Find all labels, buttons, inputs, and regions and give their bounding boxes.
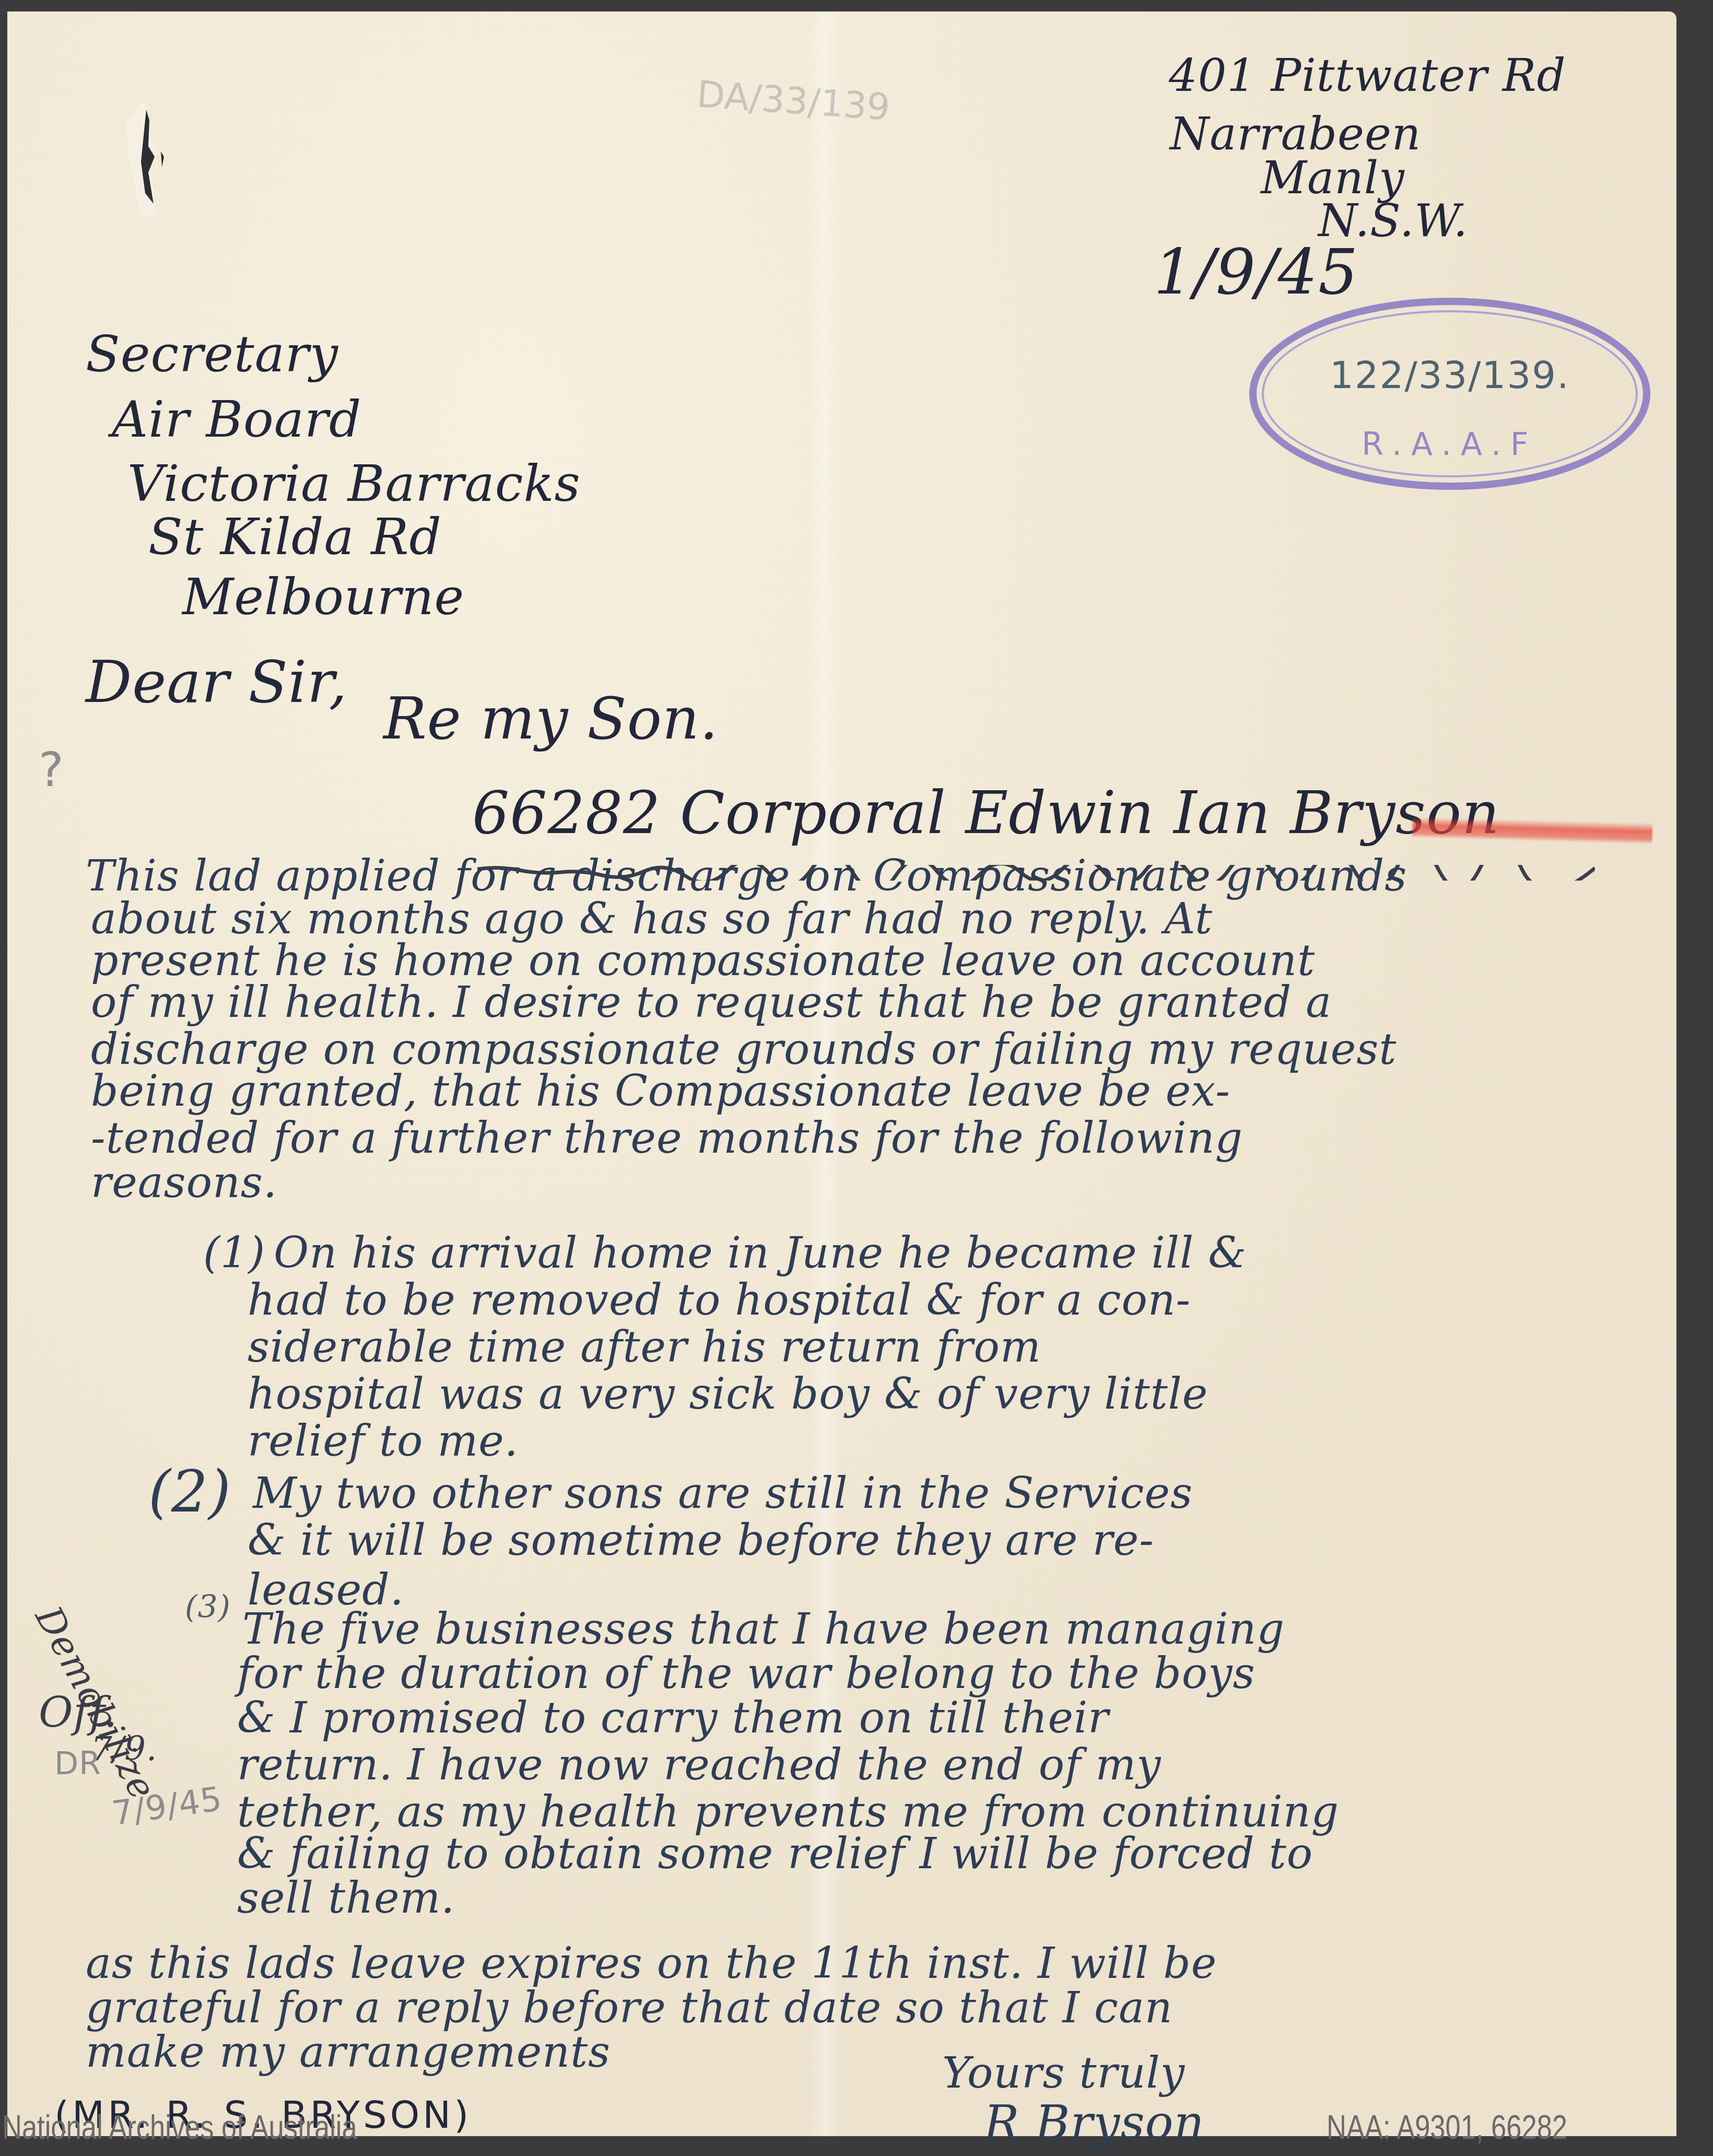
margin-question-mark: ? [39, 743, 64, 798]
reason-line: & failing to obtain some relief I will b… [237, 1829, 1313, 1879]
reason-line: had to be removed to hospital & for a co… [248, 1275, 1191, 1325]
letter-date: 1/9/45 [1154, 236, 1358, 309]
reason-line: & I promised to carry them on till their [237, 1693, 1109, 1743]
body-line: being granted, that his Compassionate le… [91, 1067, 1230, 1116]
recipient-line-2: Air Board [112, 390, 361, 449]
closing-line: make my arrangements [86, 2028, 611, 2077]
watermark-item-reference: NAA: A9301, 66282 [1327, 2108, 1567, 2147]
body-line: This lad applied for a discharge on Comp… [86, 851, 1407, 901]
recipient-line-5: Melbourne [182, 568, 464, 626]
reason-line: My two other sons are still in the Servi… [253, 1469, 1193, 1518]
recipient-line-3: Victoria Barracks [127, 454, 581, 513]
reason-line: sell them. [237, 1873, 455, 1923]
valediction: Yours truly [942, 2048, 1185, 2098]
recipient-line-4: St Kilda Rd [148, 508, 442, 566]
reason-number: (3) [185, 1589, 231, 1625]
signature: R Bryson [984, 2095, 1205, 2150]
reason-line: On his arrival home in June he became il… [274, 1228, 1247, 1278]
reason-line: The five businesses that I have been man… [242, 1604, 1285, 1654]
body-line: reasons. [91, 1158, 277, 1208]
address-line-2: Narrabeen [1170, 112, 1421, 157]
reason-number: (2) [148, 1458, 231, 1525]
subject-line-1: Re my Son. [383, 685, 719, 752]
reason-line: relief to me. [248, 1416, 519, 1466]
faint-pencil-reference: DA/33/139 [696, 73, 891, 129]
subject-line-2: 66282 Corporal Edwin Ian Bryson [472, 779, 1500, 847]
stamp-organisation: R.A.A.F [1257, 426, 1643, 463]
letter-paper: DA/33/139 401 Pittwater Rd Narrabeen Man… [7, 11, 1676, 2136]
stamp-file-reference: 122/33/139. [1257, 353, 1643, 397]
reason-line: return. I have now reached the end of my [237, 1740, 1161, 1790]
closing-line: as this lads leave expires on the 11th i… [86, 1939, 1217, 1988]
reason-line: hospital was a very sick boy & of very l… [248, 1369, 1208, 1419]
reason-line: & it will be sometime before they are re… [248, 1516, 1154, 1565]
closing-line: grateful for a reply before that date so… [86, 1983, 1173, 2033]
body-line: of my ill health. I desire to request th… [91, 978, 1332, 1027]
reason-line: for the duration of the war belong to th… [237, 1649, 1256, 1698]
salutation: Dear Sir, [86, 649, 347, 716]
reason-number: (1) [203, 1228, 265, 1278]
tear-mark-icon [120, 89, 172, 225]
address-line-1: 401 Pittwater Rd [1169, 53, 1566, 98]
raaf-file-stamp: 122/33/139. R.A.A.F [1249, 298, 1650, 490]
pencil-initials: DR [54, 1745, 101, 1782]
recipient-line-1: Secretary [86, 325, 338, 383]
address-line-3: Manly [1261, 156, 1405, 201]
watermark-archive-name: National Archives of Australia [2, 2108, 357, 2147]
body-line: -tended for a further three months for t… [91, 1114, 1243, 1163]
reason-line: siderable time after his return from [248, 1322, 1041, 1372]
